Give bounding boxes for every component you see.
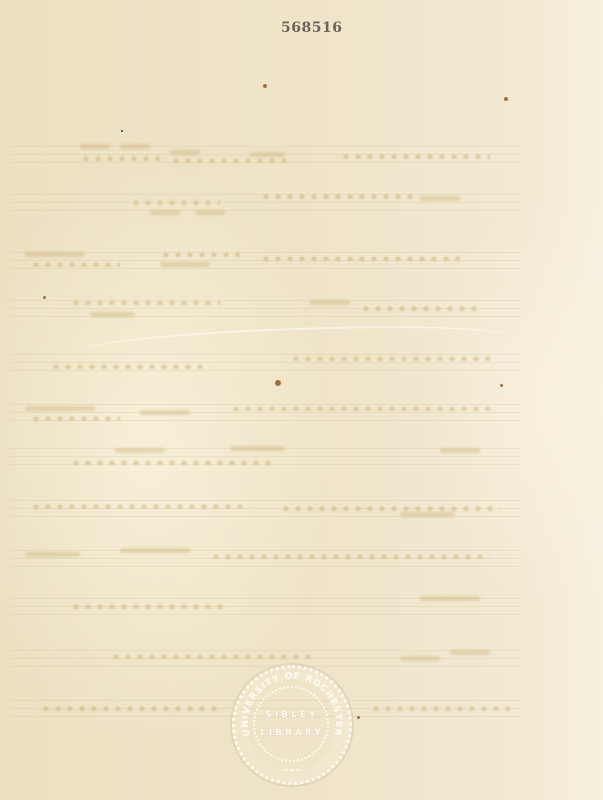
foxing-spot (43, 296, 46, 299)
bleed-staff (10, 594, 520, 618)
bleed-staff (10, 248, 520, 272)
scanned-page: 568516 (0, 0, 603, 800)
foxing-spot (263, 84, 267, 88)
foxing-spot (500, 384, 503, 387)
foxing-spot (504, 97, 508, 101)
bleed-staff (10, 190, 520, 214)
library-emboss-stamp: UNIVERSITY OF ROCHESTER SIBLEY LIBRARY •… (232, 665, 352, 785)
bleed-staff (10, 296, 520, 320)
foxing-spot (275, 380, 281, 386)
foxing-spot (357, 716, 360, 719)
bleed-staff (10, 444, 520, 468)
catalog-number: 568516 (281, 20, 342, 36)
stamp-inner-ring (253, 686, 329, 762)
stamp-line-library: LIBRARY (235, 728, 349, 738)
stamp-line-sibley: SIBLEY (235, 710, 349, 720)
bleed-staff (10, 546, 520, 570)
bleed-staff (10, 646, 520, 670)
bleed-staff (10, 496, 520, 520)
stamp-ornament-icon: •✦• (235, 766, 349, 775)
bleed-staff (10, 142, 520, 166)
foxing-spot (121, 130, 123, 132)
bleed-staff (10, 400, 520, 424)
